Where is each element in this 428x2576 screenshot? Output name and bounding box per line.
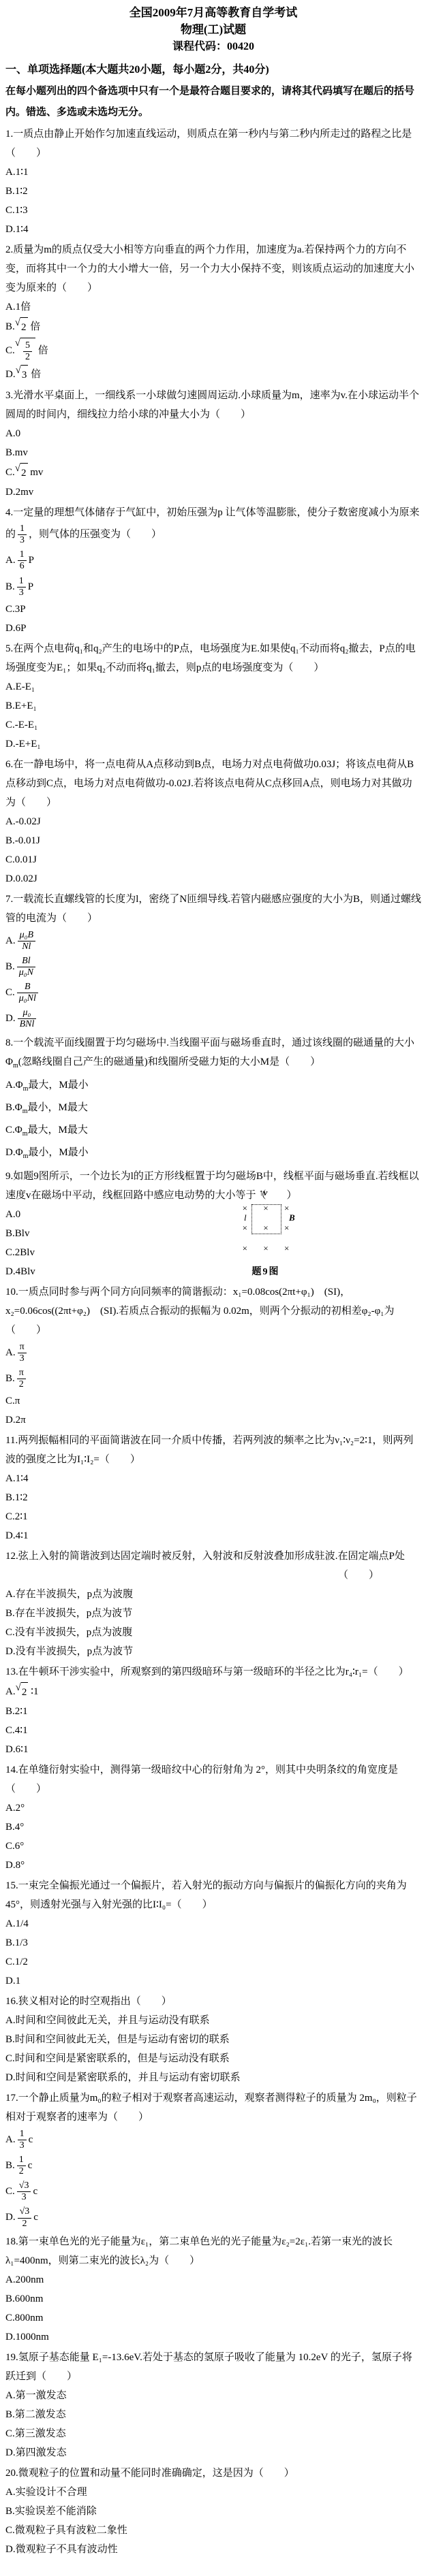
question-number: 17. <box>5 2093 18 2104</box>
option-text: π2 <box>15 1373 28 1384</box>
option-row: D.-E+E₁ <box>5 735 421 754</box>
option-label: C. <box>5 854 15 865</box>
option-row: D.1 <box>5 1972 421 1991</box>
option-label: C. <box>5 720 15 730</box>
option-label: B. <box>5 2293 15 2304</box>
option-row: A.1/4 <box>5 1915 421 1933</box>
option-label: A. <box>5 1473 16 1484</box>
question: 4.一定量的理想气体储存于气缸中，初始压强为p 让气体等温膨胀，使分子数密度减小… <box>5 503 421 638</box>
option-row: B.2∶1 <box>5 1703 421 1721</box>
question-answer-paren: （ ） <box>5 1566 421 1585</box>
option-row: C.4∶1 <box>5 1722 421 1740</box>
fraction: 13 <box>18 2129 27 2151</box>
option-text: 1∶2 <box>15 1492 28 1503</box>
question-number: 18. <box>5 2236 18 2247</box>
option-label: A. <box>5 167 16 178</box>
option-text: √33c <box>15 2186 37 2197</box>
option-text: 微观粒子具有波粒二象性 <box>15 2525 127 2536</box>
option-row: A.E-E₁ <box>5 678 421 696</box>
option-label: D. <box>5 623 16 634</box>
subscript: m <box>22 1108 28 1115</box>
option-row: B.时间和空间彼此无关，但是与运动有密切的联系 <box>5 2031 421 2049</box>
question: 12.弦上入射的简谐波到达固定端时被反射，入射波和反射波叠加形成驻波.在固定端点… <box>5 1547 421 1661</box>
option-row: D.微观粒子不具有波动性 <box>5 2541 421 2559</box>
question: 16.狭义相对论的时空观指出（ ） A.时间和空间彼此无关，并且与运动没有联系B… <box>5 1992 421 2087</box>
fraction: μ₀BNl <box>18 1008 37 1030</box>
option-row: A.2° <box>5 1799 421 1818</box>
question-stem: 两列振幅相同的平面简谐波在同一介质中传播，若两列波的频率之比为ν₁∶ν₂=2∶1… <box>5 1435 414 1465</box>
option-row: D.Φm最小，M最小 <box>5 1144 421 1165</box>
question-number: 13. <box>5 1667 18 1677</box>
question-stem-line: 16.狭义相对论的时空观指出（ ） <box>5 1992 421 2011</box>
question-stem: 一载流长直螺线管的长度为l，密绕了N匝细导线.若管内磁感应强度的大小为B，则通过… <box>5 894 421 924</box>
option-row: B.Φm最小，M最大 <box>5 1099 421 1121</box>
option-label: D. <box>5 1744 16 1755</box>
question: 1.一质点由静止开始作匀加速直线运动，则质点在第一秒内与第二秒内所走过的路程之比… <box>5 125 421 239</box>
option-text: 200nm <box>16 2274 44 2285</box>
question: 19.氢原子基态能量 E₁=-13.6eV.若处于基态的氢原子吸收了能量为 10… <box>5 2348 421 2462</box>
option-row: C.0.01J <box>5 851 421 869</box>
figure-9: ↑v × × × × × × × × × l B 题9图 <box>225 1199 307 1278</box>
option-row: C.1∶3 <box>5 202 421 220</box>
option-label: D. <box>5 1646 16 1657</box>
option-text: 0 <box>16 428 21 439</box>
sqrt-expression: √2 <box>15 463 28 483</box>
options-wrap: A.16PB.13PC.3PD.6P <box>5 548 421 637</box>
question-stem-line: 20.微观粒子的位置和动量不能同时准确确定，这是因为（ ） <box>5 2464 421 2483</box>
question-number: 14. <box>5 1765 18 1775</box>
option-text: -0.01J <box>15 835 40 846</box>
option-text: 8° <box>16 1860 25 1871</box>
option-row: D.第四激发态 <box>5 2444 421 2462</box>
option-label: A. <box>5 1803 16 1814</box>
question-stem-line: 4.一定量的理想气体储存于气缸中，初始压强为p 让气体等温膨胀，使分子数密度减小… <box>5 503 421 547</box>
section-heading: 一、单项选择题(本大题共20小题，每小题2分，共40分) <box>5 59 421 81</box>
option-text: 第四激发态 <box>16 2447 67 2458</box>
option-text: 4° <box>15 1822 25 1833</box>
question-stem-line: 6.在一静电场中，将一点电荷从A点移动到B点，电场力对点电荷做功0.03J；将该… <box>5 755 421 812</box>
option-row: D.6P <box>5 619 421 638</box>
option-row: A.实验设计不合理 <box>5 2483 421 2502</box>
option-row: D.μ₀BNl <box>5 1006 421 1031</box>
option-text: √2 mv <box>15 467 44 478</box>
velocity-label: v <box>264 1187 268 1197</box>
question: 17.一个静止质量为m₀的粒子相对于观察者高速运动，观察者测得粒子的质量为 2m… <box>5 2089 421 2231</box>
option-label: A. <box>5 555 16 566</box>
question-number: 5. <box>5 643 13 654</box>
option-label: C. <box>5 987 15 998</box>
option-text: μ₀BNl <box>16 1013 39 1024</box>
option-text: √3 倍 <box>16 369 42 380</box>
options-wrap: A.1倍B.√2 倍C.√52 倍D.√3 倍 <box>5 298 421 385</box>
question-number: 1. <box>5 129 13 140</box>
option-text: 16P <box>16 555 34 566</box>
option-text: 1/3 <box>15 1937 28 1948</box>
option-label: C. <box>5 1247 15 1258</box>
option-row: B.1∶2 <box>5 1489 421 1507</box>
option-label: B. <box>5 186 15 197</box>
option-label: A. <box>5 428 16 439</box>
option-row: D.√32c <box>5 2205 421 2230</box>
question-number: 3. <box>5 390 13 401</box>
option-row: B.第二激发态 <box>5 2406 421 2424</box>
figure-9-diagram: ↑v × × × × × × × × × l B <box>234 1199 297 1259</box>
option-label: C. <box>5 2186 15 2197</box>
option-label: B. <box>5 581 15 592</box>
paper-title: 物理(工)试题 <box>5 21 421 38</box>
option-label: D. <box>5 2212 16 2223</box>
option-label: D. <box>5 2072 16 2083</box>
option-label: B. <box>5 1102 15 1113</box>
option-label: D. <box>5 1530 16 1541</box>
option-label: D. <box>5 739 16 750</box>
option-label: B. <box>5 2034 15 2045</box>
option-text: μ₀BNl <box>16 935 37 946</box>
option-text: 时间和空间是紧密联系的，但是与运动没有联系 <box>15 2053 230 2064</box>
options-wrap: A.0B.BlvC.2BlvD.4Blv ↑v × × × × × × × × … <box>5 1206 421 1281</box>
option-label: C. <box>5 1957 15 1967</box>
question: 20.微观粒子的位置和动量不能同时准确确定，这是因为（ ） A.实验设计不合理B… <box>5 2464 421 2559</box>
option-row: D.2mv <box>5 483 421 502</box>
option-text: 没有半波损失，p点为波腹 <box>15 1627 133 1638</box>
options-wrap: A.1/4B.1/3C.1/2D.1 <box>5 1915 421 1991</box>
magnetic-field-crosses: × × × × × × × × × <box>234 1199 297 1259</box>
option-text: 4Blv <box>16 1266 35 1277</box>
option-text: 实验误差不能消除 <box>15 2506 97 2517</box>
figure-9-caption: 题9图 <box>225 1264 307 1278</box>
question-number: 16. <box>5 1996 18 2007</box>
option-text: 1∶4 <box>16 224 29 235</box>
fraction: μ₀BNl <box>18 930 35 952</box>
option-row: C.√33c <box>5 2179 421 2204</box>
question: 5.在两个点电荷q₁和q₂产生的电场中的P点，电场强度为E.如果使q₁不动而将q… <box>5 639 421 754</box>
option-text: 6∶1 <box>16 1744 29 1755</box>
option-row: B.1/3 <box>5 1934 421 1952</box>
option-text: 时间和空间彼此无关，并且与运动没有联系 <box>16 2015 210 2026</box>
option-row: A.200nm <box>5 2271 421 2289</box>
option-label: A. <box>5 1347 16 1358</box>
option-row: C.没有半波损失，p点为波腹 <box>5 1624 421 1642</box>
question-number: 11. <box>5 1435 18 1446</box>
option-label: C. <box>5 1396 15 1406</box>
option-label: A. <box>5 2487 16 2498</box>
subscript: m <box>23 1085 29 1093</box>
question-stem-line: 10.一质点同时参与两个同方向同频率的简谐振动：x₁=0.08cos(2πt+φ… <box>5 1283 421 1340</box>
option-text: 2Blv <box>15 1247 35 1258</box>
option-row: A.0 <box>5 425 421 443</box>
option-label: C. <box>5 467 15 478</box>
options-wrap: A.1∶1B.1∶2C.1∶3D.1∶4 <box>5 163 421 239</box>
option-text: 实验设计不合理 <box>16 2487 87 2498</box>
option-row: C.√52 倍 <box>5 338 421 364</box>
question-stem: 一束完全偏振光通过一个偏振片，若入射光的振动方向与偏振片的偏振化方向的夹角为 4… <box>5 1880 407 1910</box>
question-stem: 狭义相对论的时空观指出（ ） <box>18 1996 172 2007</box>
option-text: Φm最小，M最小 <box>16 1147 89 1158</box>
option-label: B. <box>5 1822 15 1833</box>
option-text: √2 ∶1 <box>16 1686 39 1697</box>
option-label: A. <box>5 2134 16 2145</box>
subscript: m <box>13 1062 18 1069</box>
option-row: B.√2 倍 <box>5 317 421 337</box>
question-number: 9. <box>5 1171 13 1182</box>
question-stem-line: 8.一个载流平面线圈置于均匀磁场中.当线圈平面与磁场垂直时，通过该线圈的磁通量的… <box>5 1033 421 1076</box>
question: 13.在牛顿环干涉实验中，所观察到的第四级暗环与第一级暗环的半径之比为r₄∶r₁… <box>5 1662 421 1759</box>
option-label: C. <box>5 1511 15 1522</box>
question-number: 15. <box>5 1880 18 1891</box>
option-text: 4∶1 <box>16 1530 29 1541</box>
option-row: D.1000nm <box>5 2328 421 2347</box>
field-cross-icon: × <box>256 1199 277 1219</box>
question-stem: 质量为m的质点仅受大小相等方向垂直的两个力作用，加速度为a.若保持两个力的方向不… <box>5 244 414 293</box>
question-stem-line: 13.在牛顿环干涉实验中，所观察到的第四级暗环与第一级暗环的半径之比为r₄∶r₁… <box>5 1662 421 1681</box>
question-stem: 一质点由静止开始作匀加速直线运动，则质点在第一秒内与第二秒内所走过的路程之比是（… <box>5 129 412 159</box>
option-text: 1000nm <box>16 2332 49 2342</box>
fraction: π3 <box>18 1342 27 1364</box>
option-label: D. <box>5 369 16 380</box>
fraction: π2 <box>17 1368 26 1390</box>
option-label: A. <box>5 2015 16 2026</box>
option-text: 1∶3 <box>15 205 28 216</box>
option-label: D. <box>5 2544 16 2555</box>
option-row: D.8° <box>5 1856 421 1875</box>
option-label: C. <box>5 2053 15 2064</box>
option-label: A. <box>5 1686 16 1697</box>
option-label: A. <box>5 2274 16 2285</box>
question-number: 10. <box>5 1287 18 1298</box>
option-text: 0 <box>16 1209 21 1220</box>
option-text: 2π <box>16 1415 26 1426</box>
option-label: A. <box>5 1080 16 1091</box>
option-row: B.1∶2 <box>5 182 421 201</box>
option-text: 600nm <box>15 2293 44 2304</box>
question-stem: 如题9图所示，一个边长为l的正方形线框置于均匀磁场B中，线框平面与磁场垂直.若线… <box>5 1171 419 1201</box>
option-label: B. <box>5 2160 15 2171</box>
option-text: 1 <box>16 1976 21 1986</box>
option-row: A.13c <box>5 2127 421 2153</box>
options-wrap: A.存在半波损失，p点为波腹B.存在半波损失，p点为波节C.没有半波损失，p点为… <box>5 1585 421 1661</box>
option-text: 800nm <box>15 2313 44 2323</box>
option-row: C.3P <box>5 600 421 619</box>
option-label: A. <box>5 1589 16 1600</box>
option-text: 3P <box>15 604 26 615</box>
option-label: A. <box>5 1209 16 1220</box>
question-number: 7. <box>5 894 13 905</box>
option-row: C.时间和空间是紧密联系的，但是与运动没有联系 <box>5 2050 421 2068</box>
option-text: √52 倍 <box>15 345 48 356</box>
option-text: 1/2 <box>15 1957 28 1967</box>
exam-page: { "header": { "title_line1": "全国2009年7月高… <box>0 0 428 2576</box>
option-text: 0.02J <box>16 873 37 884</box>
option-text: 6° <box>15 1841 25 1852</box>
options-wrap: A.200nmB.600nmC.800nmD.1000nm <box>5 2271 421 2347</box>
option-text: 12c <box>15 2160 33 2171</box>
option-text: E+E₁ <box>15 701 37 711</box>
option-row: B.E+E₁ <box>5 697 421 715</box>
option-row: C.2Blv <box>5 1244 421 1262</box>
option-text: √2 倍 <box>15 321 41 332</box>
question-stem: 一个载流平面线圈置于均匀磁场中.当线圈平面与磁场垂直时，通过该线圈的磁通量的大小… <box>5 1037 414 1067</box>
question-stem: 微观粒子的位置和动量不能同时准确确定，这是因为（ ） <box>18 2468 294 2479</box>
option-label: C. <box>5 1125 15 1136</box>
option-row: A.Φm最大，M最小 <box>5 1076 421 1098</box>
option-row: B.4° <box>5 1818 421 1837</box>
question-stem-line: 11.两列振幅相同的平面简谐波在同一介质中传播，若两列波的频率之比为ν₁∶ν₂=… <box>5 1431 421 1469</box>
option-text: 4∶1 <box>15 1725 28 1736</box>
option-text: √32c <box>16 2212 38 2223</box>
option-label: B. <box>5 2409 15 2420</box>
option-label: C. <box>5 205 15 216</box>
option-text: 1倍 <box>16 302 31 312</box>
option-text: 2∶1 <box>15 1511 28 1522</box>
option-label: D. <box>5 1266 16 1277</box>
option-text: mv <box>15 447 28 458</box>
option-label: C. <box>5 2428 15 2439</box>
question: 8.一个载流平面线圈置于均匀磁场中.当线圈平面与磁场垂直时，通过该线圈的磁通量的… <box>5 1033 421 1165</box>
fraction: √32 <box>18 2206 32 2229</box>
question-stem-line: 14.在单缝衍射实验中，测得第一级暗纹中心的衍射角为 2°，则其中央明条纹的角宽… <box>5 1760 421 1799</box>
question: 11.两列振幅相同的平面简谐波在同一介质中传播，若两列波的频率之比为ν₁∶ν₂=… <box>5 1431 421 1545</box>
option-row: D.1∶4 <box>5 221 421 239</box>
options-wrap: A.π3B.π2C.πD.2π <box>5 1340 421 1430</box>
option-text: Φm最大，M最大 <box>15 1125 88 1136</box>
question-stem-line: 1.一质点由静止开始作匀加速直线运动，则质点在第一秒内与第二秒内所走过的路程之比… <box>5 125 421 163</box>
question-stem-line: 5.在两个点电荷q₁和q₂产生的电场中的P点，电场强度为E.如果使q₁不动而将q… <box>5 639 421 677</box>
option-row: D.时间和空间是紧密联系的，并且与运动有密切联系 <box>5 2069 421 2087</box>
option-label: B. <box>5 321 15 332</box>
option-row: B.π2 <box>5 1366 421 1391</box>
option-text: 1∶4 <box>16 1473 29 1484</box>
option-row: B.存在半波损失，p点为波节 <box>5 1605 421 1623</box>
field-cross-icon: × <box>276 1238 297 1258</box>
option-label: C. <box>5 1725 15 1736</box>
fraction: 12 <box>17 2155 26 2177</box>
options-wrap: A.2°B.4°C.6°D.8° <box>5 1799 421 1875</box>
question-stem: 在两个点电荷q₁和q₂产生的电场中的P点，电场强度为E.如果使q₁不动而将q₂撤… <box>5 643 416 673</box>
question-stem-line: 18.第一束单色光的光子能量为ε₁，第二束单色光的光子能量为ε₂=2ε₁.若第一… <box>5 2232 421 2270</box>
option-label: B. <box>5 1608 15 1619</box>
options-wrap: A.时间和空间彼此无关，并且与运动没有联系B.时间和空间彼此无关，但是与运动有密… <box>5 2012 421 2087</box>
question: 18.第一束单色光的光子能量为ε₁，第二束单色光的光子能量为ε₂=2ε₁.若第一… <box>5 2232 421 2347</box>
option-text: 存在半波损失，p点为波节 <box>15 1608 133 1619</box>
question: 14.在单缝衍射实验中，测得第一级暗纹中心的衍射角为 2°，则其中央明条纹的角宽… <box>5 1760 421 1875</box>
option-row: A.μ₀BNl <box>5 929 421 954</box>
question: 2.质量为m的质点仅受大小相等方向垂直的两个力作用，加速度为a.若保持两个力的方… <box>5 240 421 385</box>
option-label: C. <box>5 2525 15 2536</box>
option-text: 2mv <box>16 487 34 498</box>
option-label: D. <box>5 2447 16 2458</box>
question-stem-line: 12.弦上入射的简谐波到达固定端时被反射，入射波和反射波叠加形成驻波.在固定端点… <box>5 1547 421 1566</box>
question-stem-line: 2.质量为m的质点仅受大小相等方向垂直的两个力作用，加速度为a.若保持两个力的方… <box>5 240 421 297</box>
option-label: B. <box>5 447 15 458</box>
option-text: π <box>15 1396 20 1406</box>
question: 9.如题9图所示，一个边长为l的正方形线框置于均匀磁场B中，线框平面与磁场垂直.… <box>5 1167 421 1281</box>
subscript: m <box>22 1130 28 1138</box>
options-wrap: A.Φm最大，M最小B.Φm最小，M最大C.Φm最大，M最大D.Φm最小，M最小 <box>5 1076 421 1165</box>
question-number: 19. <box>5 2352 18 2363</box>
option-text: 1/4 <box>16 1918 29 1929</box>
options-wrap: A.13cB.12cC.√33cD.√32c <box>5 2127 421 2231</box>
option-text: 1∶1 <box>16 167 29 178</box>
question-stem: 氢原子基态能量 E₁=-13.6eV.若处于基态的氢原子吸收了能量为 10.2e… <box>5 2352 412 2382</box>
question-stem: 一个静止质量为m₀的粒子相对于观察者高速运动，观察者测得粒子的质量为 2m₀，则… <box>5 2093 417 2123</box>
option-label: D. <box>5 2332 16 2342</box>
option-row: D.4∶1 <box>5 1527 421 1545</box>
option-label: B. <box>5 1706 15 1717</box>
option-row: B.-0.01J <box>5 832 421 850</box>
fraction: Blμ₀N <box>17 956 35 978</box>
option-row: C.第三激发态 <box>5 2425 421 2443</box>
option-label: D. <box>5 487 16 498</box>
option-label: D. <box>5 873 16 884</box>
option-text: 第三激发态 <box>15 2428 66 2439</box>
question-number: 6. <box>5 759 13 770</box>
options-wrap: A.μ₀BNlB.Blμ₀NC.Bμ₀NlD.μ₀BNl <box>5 929 421 1032</box>
option-text: 13P <box>15 581 33 592</box>
option-text: 时间和空间彼此无关，但是与运动有密切的联系 <box>15 2034 230 2045</box>
options-wrap: A.√2 ∶1B.2∶1C.4∶1D.6∶1 <box>5 1682 421 1759</box>
options-wrap: A.实验设计不合理B.实验误差不能消除C.微观粒子具有波粒二象性D.微观粒子不具… <box>5 2483 421 2559</box>
option-text: Φm最小，M最大 <box>15 1102 88 1113</box>
option-label: B. <box>5 1937 15 1948</box>
option-row: C.微观粒子具有波粒二象性 <box>5 2522 421 2540</box>
option-label: B. <box>5 1492 15 1503</box>
option-row: D.2π <box>5 1411 421 1430</box>
option-row: A.π3 <box>5 1340 421 1366</box>
field-cross-icon: × <box>256 1238 277 1258</box>
fraction: 16 <box>18 549 27 572</box>
option-row: A.0 <box>5 1206 421 1224</box>
option-label: D. <box>5 1860 16 1871</box>
option-row: B.实验误差不能消除 <box>5 2502 421 2521</box>
question-number: 2. <box>5 244 13 255</box>
question: 6.在一静电场中，将一点电荷从A点移动到B点，电场力对点电荷做功0.03J；将该… <box>5 755 421 888</box>
option-text: Φm最大，M最小 <box>16 1080 89 1091</box>
question-stem-line: 3.光滑水平桌面上，一细线系一小球做匀速圆周运动.小球质量为m，速率为v.在小球… <box>5 386 421 424</box>
option-row: C.-E-E₁ <box>5 716 421 735</box>
option-text: 时间和空间是紧密联系的，并且与运动有密切联系 <box>16 2072 241 2083</box>
question: 10.一质点同时参与两个同方向同频率的简谐振动：x₁=0.08cos(2πt+φ… <box>5 1283 421 1430</box>
field-cross-icon: × <box>256 1219 277 1238</box>
option-label: C. <box>5 604 15 615</box>
option-text: 第二激发态 <box>15 2409 66 2420</box>
question: 15.一束完全偏振光通过一个偏振片，若入射光的振动方向与偏振片的偏振化方向的夹角… <box>5 1876 421 1991</box>
option-row: D.0.02J <box>5 870 421 888</box>
options-wrap: A.0B.mvC.√2 mvD.2mv <box>5 425 421 502</box>
option-text: Blμ₀N <box>15 961 37 972</box>
option-label: A. <box>5 1918 16 1929</box>
option-label: C. <box>5 345 15 356</box>
options-wrap: A.-0.02JB.-0.01JC.0.01JD.0.02J <box>5 813 421 888</box>
option-row: C.800nm <box>5 2309 421 2328</box>
option-label: A. <box>5 302 16 312</box>
option-text: π3 <box>16 1347 29 1358</box>
option-text: 没有半波损失，p点为波节 <box>16 1646 134 1657</box>
option-row: C.2∶1 <box>5 1508 421 1526</box>
option-row: D.没有半波损失，p点为波节 <box>5 1643 421 1661</box>
option-row: C.√2 mv <box>5 463 421 483</box>
section-instructions: 在每小题列出的四个备选项中只有一个是最符合题目要求的，请将其代码填写在题后的括号… <box>5 81 421 123</box>
question-stem: 第一束单色光的光子能量为ε₁，第二束单色光的光子能量为ε₂=2ε₁.若第一束光的… <box>5 2236 393 2266</box>
question-stem: 在一静电场中，将一点电荷从A点移动到B点，电场力对点电荷做功0.03J；将该点电… <box>5 759 414 808</box>
option-text: -E+E₁ <box>16 739 41 750</box>
question-stem: 弦上入射的简谐波到达固定端时被反射，入射波和反射波叠加形成驻波.在固定端点P处 <box>18 1551 405 1562</box>
questions-list: 1.一质点由静止开始作匀加速直线运动，则质点在第一秒内与第二秒内所走过的路程之比… <box>5 125 421 2559</box>
option-row: C.π <box>5 1392 421 1411</box>
option-row: C.6° <box>5 1837 421 1856</box>
question-stem: 一定量的理想气体储存于气缸中，初始压强为p 让气体等温膨胀，使分子数密度减小为原… <box>5 507 420 540</box>
option-row: A.第一激发态 <box>5 2387 421 2405</box>
question: 3.光滑水平桌面上，一细线系一小球做匀速圆周运动.小球质量为m，速率为v.在小球… <box>5 386 421 502</box>
